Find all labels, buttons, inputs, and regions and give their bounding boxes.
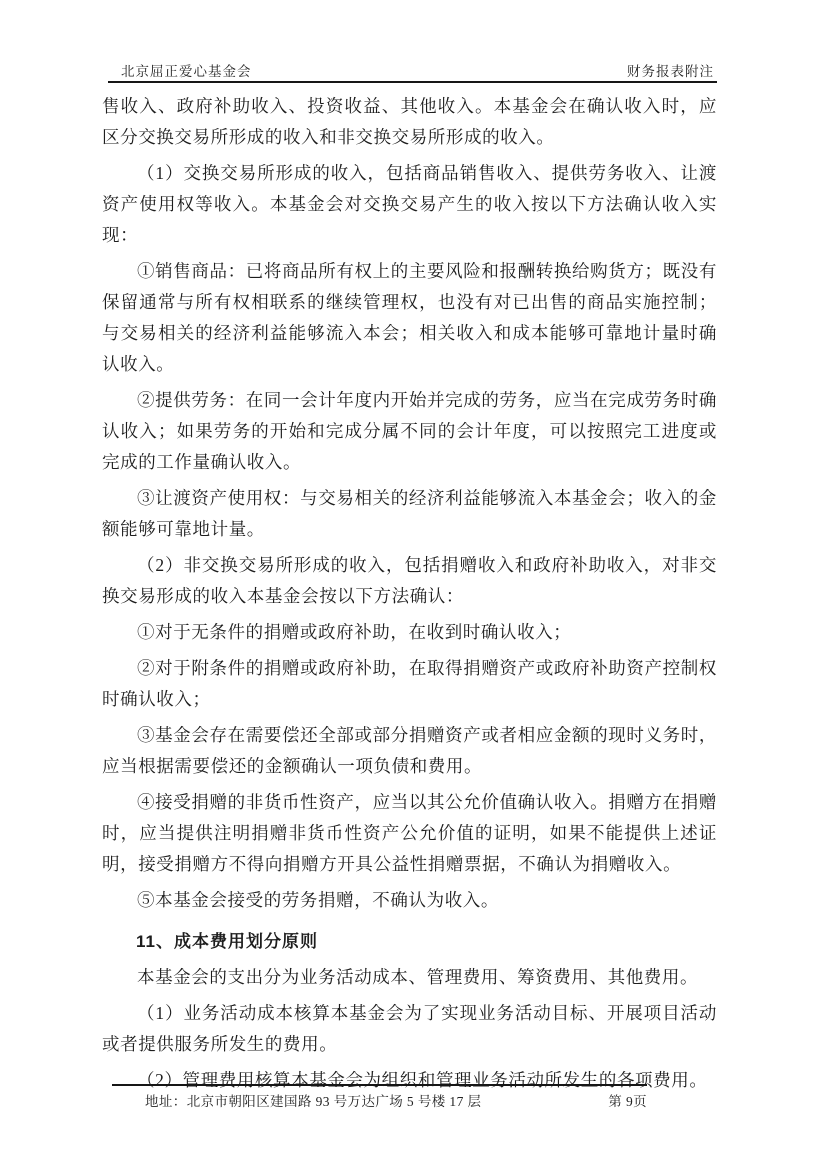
section-heading: 11、成本费用划分原则 bbox=[102, 926, 717, 957]
paragraph: （1）业务活动成本核算本基金会为了实现业务活动目标、开展项目活动或者提供服务所发… bbox=[102, 998, 717, 1060]
paragraph: ④接受捐赠的非货币性资产，应当以其公允价值确认收入。捐赠方在捐赠时，应当提供注明… bbox=[102, 787, 717, 880]
header-org-name: 北京屈正爱心基金会 bbox=[121, 60, 252, 80]
document-body: 售收入、政府补助收入、投资收益、其他收入。本基金会在确认收入时，应区分交换交易所… bbox=[102, 91, 717, 1096]
paragraph: （1）交换交易所形成的收入，包括商品销售收入、提供劳务收入、让渡资产使用权等收入… bbox=[102, 158, 717, 251]
document-page: 北京屈正爱心基金会 财务报表附注 售收入、政府补助收入、投资收益、其他收入。本基… bbox=[0, 0, 826, 1169]
paragraph: 售收入、政府补助收入、投资收益、其他收入。本基金会在确认收入时，应区分交换交易所… bbox=[102, 91, 717, 153]
header-rule bbox=[108, 81, 717, 83]
paragraph: ③让渡资产使用权：与交易相关的经济利益能够流入本基金会；收入的金额能够可靠地计量… bbox=[102, 483, 717, 545]
paragraph: ⑤本基金会接受的劳务捐赠，不确认为收入。 bbox=[102, 885, 717, 916]
paragraph: 本基金会的支出分为业务活动成本、管理费用、筹资费用、其他费用。 bbox=[102, 962, 717, 993]
header-doc-title: 财务报表附注 bbox=[627, 60, 714, 80]
footer-rule bbox=[112, 1084, 647, 1086]
footer-address: 地址：北京市朝阳区建国路 93 号万达广场 5 号楼 17 层 bbox=[145, 1090, 481, 1110]
page-footer: 地址：北京市朝阳区建国路 93 号万达广场 5 号楼 17 层 第 9页 bbox=[145, 1090, 647, 1110]
paragraph: （2）非交换交易所形成的收入，包括捐赠收入和政府补助收入，对非交换交易形成的收入… bbox=[102, 550, 717, 612]
paragraph: ②对于附条件的捐赠或政府补助，在取得捐赠资产或政府补助资产控制权时确认收入； bbox=[102, 653, 717, 715]
page-header: 北京屈正爱心基金会 财务报表附注 bbox=[121, 60, 714, 80]
paragraph: ①销售商品：已将商品所有权上的主要风险和报酬转换给购货方；既没有保留通常与所有权… bbox=[102, 256, 717, 380]
paragraph: ①对于无条件的捐赠或政府补助，在收到时确认收入； bbox=[102, 617, 717, 648]
footer-page-number: 第 9页 bbox=[608, 1090, 647, 1110]
paragraph: ②提供劳务：在同一会计年度内开始并完成的劳务，应当在完成劳务时确认收入；如果劳务… bbox=[102, 385, 717, 478]
paragraph: ③基金会存在需要偿还全部或部分捐赠资产或者相应金额的现时义务时，应当根据需要偿还… bbox=[102, 720, 717, 782]
